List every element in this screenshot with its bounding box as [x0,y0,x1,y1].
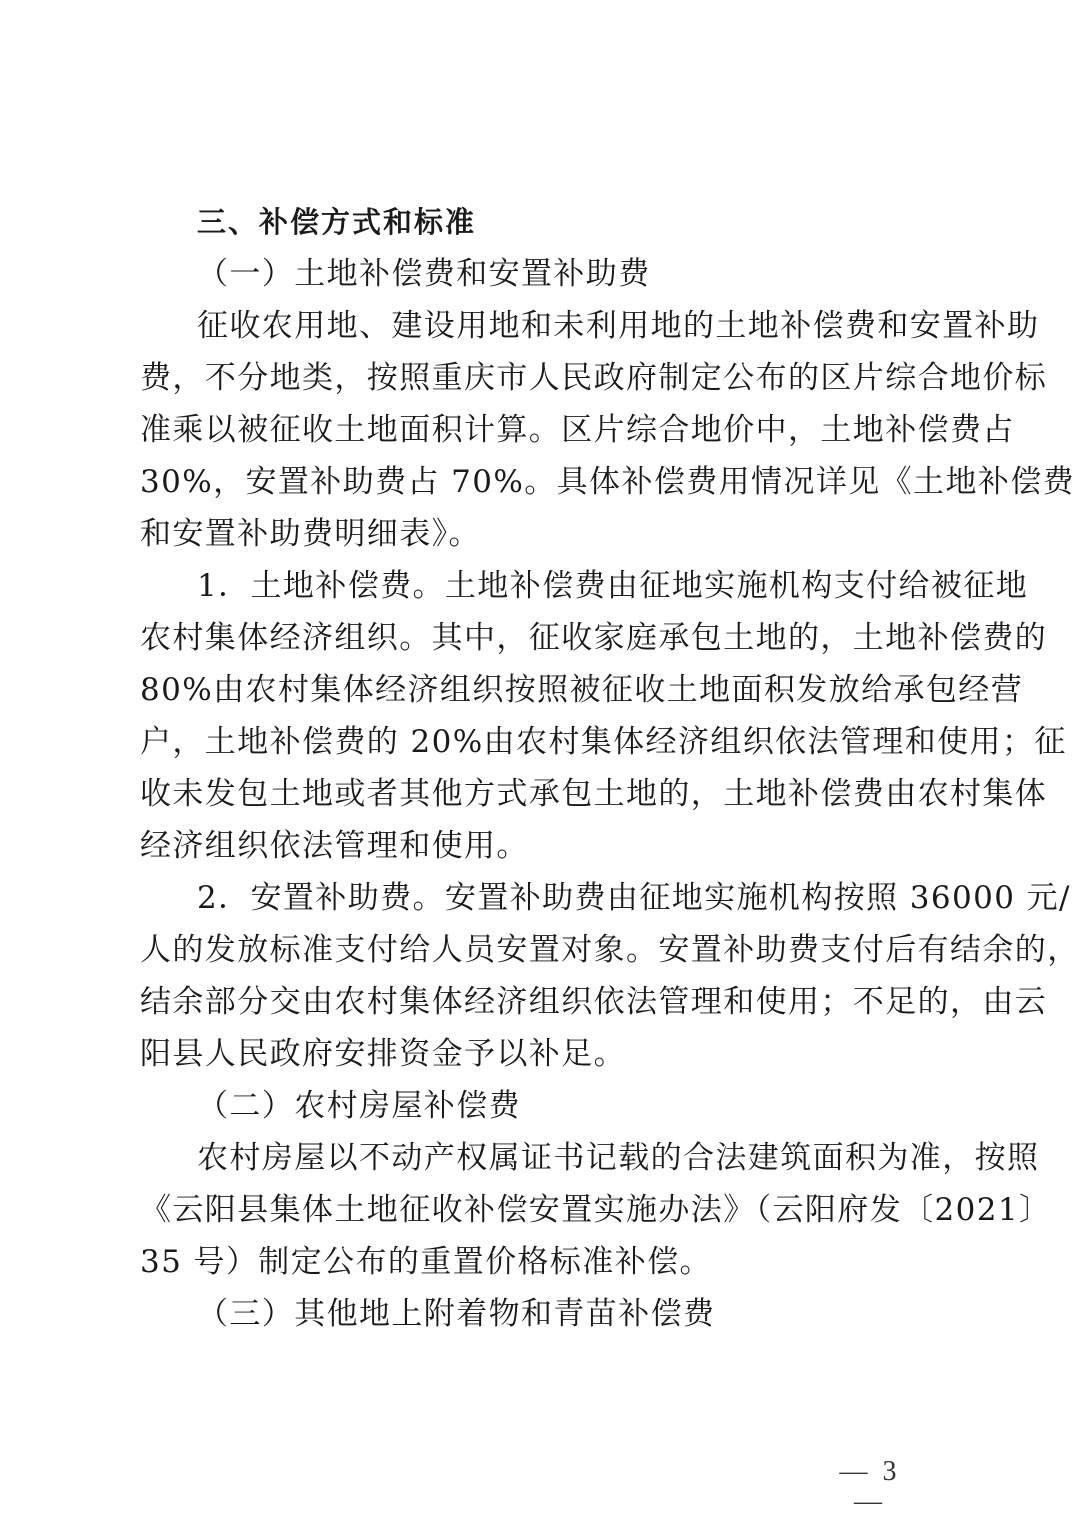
paragraph-line: 人的发放标准支付给人员安置对象。安置补助费支付后有结余的， [140,930,940,970]
paragraph-line: 30%，安置补助费占 70%。具体补偿费用情况详见《土地补偿费 [140,462,940,502]
paragraph-line: 和安置补助费明细表》。 [140,514,940,554]
subsection-title-1: （一）土地补偿费和安置补助费 [197,254,940,294]
paragraph-line: 《云阳县集体土地征收补偿安置实施办法》（云阳府发〔2021〕 [140,1190,940,1230]
paragraph-line: 农村房屋以不动产权属证书记载的合法建筑面积为准，按照 [197,1138,940,1178]
paragraph-line: 80%由农村集体经济组织按照被征收土地面积发放给承包经营 [140,670,940,710]
paragraph-line: 农村集体经济组织。其中，征收家庭承包土地的，土地补偿费的 [140,618,940,658]
paragraph-line: 1．土地补偿费。土地补偿费由征地实施机构支付给被征地 [197,566,940,606]
paragraph-line: 2．安置补助费。安置补助费由征地实施机构按照 36000 元/ [197,878,940,918]
section-heading: 三、补偿方式和标准 [197,202,940,242]
paragraph-line: 户，土地补偿费的 20%由农村集体经济组织依法管理和使用；征 [140,722,940,762]
paragraph-line: 阳县人民政府安排资金予以补足。 [140,1034,940,1074]
subsection-title-2: （二）农村房屋补偿费 [197,1086,940,1126]
paragraph-line: 收未发包土地或者其他方式承包土地的，土地补偿费由农村集体 [140,774,940,814]
paragraph-line: 35 号）制定公布的重置价格标准补偿。 [140,1242,940,1282]
paragraph-line: 结余部分交由农村集体经济组织依法管理和使用；不足的，由云 [140,982,940,1022]
paragraph-line: 准乘以被征收土地面积计算。区片综合地价中，土地补偿费占 [140,410,940,450]
page-number: — 3 — [825,1457,915,1517]
paragraph-line: 费，不分地类，按照重庆市人民政府制定公布的区片综合地价标 [140,358,940,398]
subsection-title-3: （三）其他地上附着物和青苗补偿费 [197,1294,940,1334]
paragraph-line: 经济组织依法管理和使用。 [140,826,940,866]
paragraph-line: 征收农用地、建设用地和未利用地的土地补偿费和安置补助 [197,306,940,346]
